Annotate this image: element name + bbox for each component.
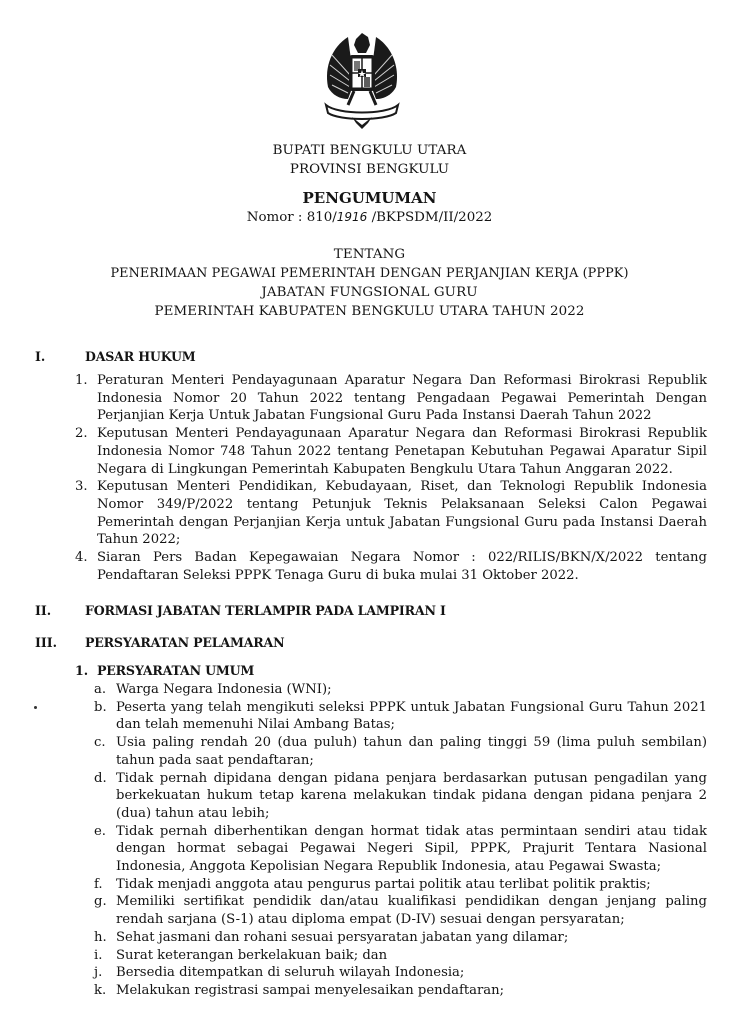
list-item: d.Tidak pernah dipidana dengan pidana pe…	[116, 770, 707, 823]
list-marker: h.	[94, 929, 107, 947]
issuer-province: PROVINSI BENGKULU	[0, 160, 739, 179]
list-item-text: Keputusan Menteri Pendayagunaan Aparatur…	[97, 426, 707, 476]
list-item: e.Tidak pernah diberhentikan dengan horm…	[116, 823, 707, 876]
garuda-emblem-icon	[318, 25, 406, 130]
list-marker: d.	[94, 770, 107, 788]
list-item-text: Usia paling rendah 20 (dua puluh) tahun …	[116, 735, 707, 768]
subsection-number: 1.	[75, 663, 88, 678]
tentang-label: TENTANG	[0, 245, 739, 264]
persyaratan-umum-list: a.Warga Negara Indonesia (WNI); b.Pesert…	[116, 681, 707, 1000]
issuer-name: BUPATI BENGKULU UTARA	[0, 141, 739, 160]
list-item-text: Sehat jasmani dan rohani sesuai persyara…	[116, 930, 568, 945]
list-item-text: Tidak menjadi anggota atau pengurus part…	[116, 877, 651, 892]
list-item-text: Warga Negara Indonesia (WNI);	[116, 682, 332, 697]
list-item-text: Memiliki sertifikat pendidik dan/atau ku…	[116, 894, 707, 927]
list-marker: g.	[94, 893, 107, 911]
list-item-text: Bersedia ditempatkan di seluruh wilayah …	[116, 965, 464, 980]
subject-line-3: PEMERINTAH KABUPATEN BENGKULU UTARA TAHU…	[0, 302, 739, 321]
section-label: PERSYARATAN PELAMARAN	[85, 635, 284, 650]
list-marker: i.	[94, 947, 102, 965]
list-item: k.Melakukan registrasi sampai menyelesai…	[116, 982, 707, 1000]
section-number: III.	[35, 635, 57, 650]
scan-speck	[34, 706, 37, 709]
list-marker: c.	[94, 734, 106, 752]
list-item-text: Surat keterangan berkelakuan baik; dan	[116, 948, 387, 963]
document-number: Nomor : 810/1916 /BKPSDM/II/2022	[0, 208, 739, 227]
list-marker: k.	[94, 982, 106, 1000]
list-item: c.Usia paling rendah 20 (dua puluh) tahu…	[116, 734, 707, 769]
dasar-hukum-list: 1.Peraturan Menteri Pendayagunaan Aparat…	[97, 372, 707, 584]
list-item: a.Warga Negara Indonesia (WNI);	[116, 681, 707, 699]
list-item: h.Sehat jasmani dan rohani sesuai persya…	[116, 929, 707, 947]
list-item: 2.Keputusan Menteri Pendayagunaan Aparat…	[97, 425, 707, 478]
nomor-prefix: Nomor : 810/	[247, 210, 337, 225]
section-label: FORMASI JABATAN TERLAMPIR PADA LAMPIRAN …	[85, 603, 446, 618]
list-item-text: Tidak pernah dipidana dengan pidana penj…	[116, 771, 707, 821]
document-title: PENGUMUMAN	[0, 188, 739, 208]
list-item-text: Peserta yang telah mengikuti seleksi PPP…	[116, 700, 707, 733]
list-item-text: Tidak pernah diberhentikan dengan hormat…	[116, 824, 707, 874]
section-label: DASAR HUKUM	[85, 349, 196, 364]
list-item: b.Peserta yang telah mengikuti seleksi P…	[116, 699, 707, 734]
list-marker: 4.	[75, 549, 88, 567]
list-item: i.Surat keterangan berkelakuan baik; dan	[116, 947, 707, 965]
list-marker: 3.	[75, 478, 88, 496]
subject-line-2: JABATAN FUNGSIONAL GURU	[0, 283, 739, 302]
list-marker: j.	[94, 964, 102, 982]
list-item: 1.Peraturan Menteri Pendayagunaan Aparat…	[97, 372, 707, 425]
list-marker: 1.	[75, 372, 88, 390]
nomor-handwritten: 1916	[337, 210, 368, 224]
list-marker: a.	[94, 681, 106, 699]
list-item: g.Memiliki sertifikat pendidik dan/atau …	[116, 893, 707, 928]
list-item-text: Siaran Pers Badan Kepegawaian Negara Nom…	[97, 550, 707, 583]
subsection-label: PERSYARATAN UMUM	[97, 663, 254, 678]
list-item: j.Bersedia ditempatkan di seluruh wilaya…	[116, 964, 707, 982]
list-item: 4.Siaran Pers Badan Kepegawaian Negara N…	[97, 549, 707, 584]
nomor-suffix: /BKPSDM/II/2022	[367, 210, 492, 225]
list-marker: 2.	[75, 425, 88, 443]
list-item-text: Keputusan Menteri Pendidikan, Kebudayaan…	[97, 479, 707, 547]
list-item: 3.Keputusan Menteri Pendidikan, Kebudaya…	[97, 478, 707, 549]
list-marker: f.	[94, 876, 103, 894]
list-item-text: Melakukan registrasi sampai menyelesaika…	[116, 983, 504, 998]
subject-line-1: PENERIMAAN PEGAWAI PEMERINTAH DENGAN PER…	[0, 264, 739, 283]
list-marker: e.	[94, 823, 106, 841]
section-number: I.	[35, 349, 45, 364]
list-marker: b.	[94, 699, 107, 717]
list-item-text: Peraturan Menteri Pendayagunaan Aparatur…	[97, 373, 707, 423]
section-number: II.	[35, 603, 51, 618]
list-item: f.Tidak menjadi anggota atau pengurus pa…	[116, 876, 707, 894]
